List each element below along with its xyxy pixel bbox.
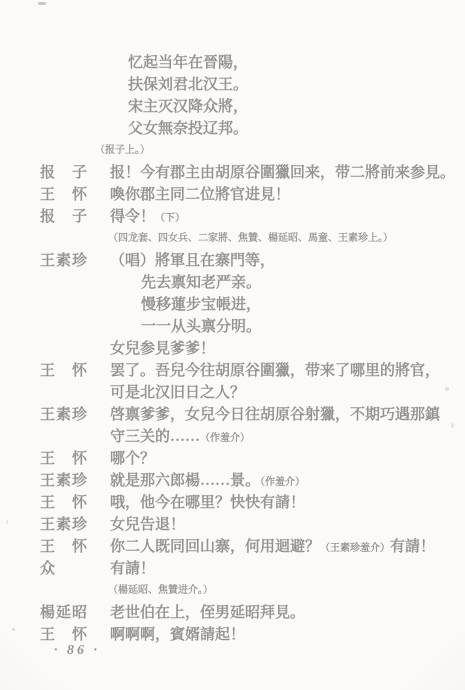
speaker-name: 王 怀 (40, 492, 88, 514)
text-run: 父女無奈投辽邦。 (128, 121, 248, 137)
text-run: 罢了。吾兒今往胡原谷圍獵，带来了哪里的將官， (110, 363, 440, 379)
text-run: 报！今有郡主由胡原谷圍獵回来，带二將前来参見。 (110, 165, 455, 181)
line-text: （唱）將軍且在寨門等， (110, 253, 275, 269)
script-line: 王 怀喚你郡主同二位將官进見！ (0, 184, 465, 206)
speaker-name: 王素珍 (40, 404, 88, 426)
speaker-name: 王 怀 (40, 360, 88, 382)
script-line: （楊延昭、焦贊进介。） (0, 580, 465, 602)
stage-note: （王素珍羞介） (320, 543, 390, 554)
line-text: 罢了。吾兒今往胡原谷圍獵，带来了哪里的將官， (110, 363, 440, 379)
line-text: 父女無奈投辽邦。 (128, 121, 248, 137)
script-line: 女兒参見爹爹！ (0, 338, 465, 360)
script-line: 可是北汉旧日之人？ (0, 382, 465, 404)
script-line: 忆起当年在晉陽， (0, 52, 465, 74)
line-text: 女兒参見爹爹！ (110, 341, 215, 357)
line-text: 报！今有郡主由胡原谷圍獵回来，带二將前来参見。 (110, 165, 455, 181)
speaker-name: 王素珍 (40, 250, 88, 272)
text-run: 守三关的…… (110, 429, 200, 445)
text-run: 哪个？ (110, 451, 155, 467)
page-number: · 86 · (54, 643, 100, 659)
line-text: （报子上。） (95, 145, 150, 156)
script-line: 扶保刘君北汉王。 (0, 74, 465, 96)
text-run: 可是北汉旧日之人？ (110, 385, 245, 401)
line-text: 你二人既同回山寨，何用迴避？（王素珍羞介）有請！ (110, 539, 435, 555)
stage-note: （下） (155, 213, 185, 224)
line-text: 得令！（下） (110, 209, 185, 225)
text-run: 忆起当年在晉陽， (128, 55, 248, 71)
line-text: 就是那六郎楊……景。（作羞介） (110, 473, 305, 489)
script-line: 报 子报！今有郡主由胡原谷圍獵回来，带二將前来参見。 (0, 162, 465, 184)
script-line: 王 怀哦，他今在哪里？快快有請！ (0, 492, 465, 514)
speaker-name: 王素珍 (40, 470, 88, 492)
text-run: 有請！ (110, 561, 155, 577)
speaker-name: 报 子 (40, 162, 88, 184)
text-run: 老世伯在上，侄男延昭拜見。 (110, 605, 305, 621)
script-line: 一一从头禀分明。 (0, 316, 465, 338)
line-text: 慢移蓮步宝帳进， (141, 297, 261, 313)
speaker-name: 王 怀 (40, 536, 88, 558)
line-text: 哪个？ (110, 451, 155, 467)
script-line: 慢移蓮步宝帳进， (0, 294, 465, 316)
scan-speck (12, 628, 15, 631)
line-text: 宋主灭汉降众將， (128, 99, 248, 115)
line-text: 先去禀知老严亲。 (141, 275, 261, 291)
script-line: 王素珍啓禀爹爹，女兒今日往胡原谷射獵，不期巧遇那鎮 (0, 404, 465, 426)
line-text: 哦，他今在哪里？快快有請！ (110, 495, 305, 511)
line-text: （四龙套、四女兵、二家將、焦贊、楊延昭、馬童、王素珍上。） (108, 233, 393, 244)
line-text: 可是北汉旧日之人？ (110, 385, 245, 401)
line-text: 扶保刘君北汉王。 (128, 77, 248, 93)
speaker-name: 楊延昭 (40, 602, 88, 624)
scan-speck (451, 423, 454, 428)
line-text: 啓禀爹爹，女兒今日往胡原谷射獵，不期巧遇那鎮 (110, 407, 440, 423)
script-line: 王 怀罢了。吾兒今往胡原谷圍獵，带来了哪里的將官， (0, 360, 465, 382)
text-run: 慢移蓮步宝帳进， (141, 297, 261, 313)
script-text-block: 忆起当年在晉陽，扶保刘君北汉王。宋主灭汉降众將，父女無奈投辽邦。（报子上。）报 … (0, 52, 465, 646)
stage-note: （作羞介） (200, 433, 250, 444)
script-line: 王 怀你二人既同回山寨，何用迴避？（王素珍羞介）有請！ (0, 536, 465, 558)
stage-note: （作羞介） (260, 477, 305, 488)
script-line: 先去禀知老严亲。 (0, 272, 465, 294)
script-line: 王素珍（唱）將軍且在寨門等， (0, 250, 465, 272)
line-text: 守三关的……（作羞介） (110, 429, 250, 445)
text-run: 啊啊啊，賓婿請起！ (110, 627, 245, 643)
speaker-name: 报 子 (40, 206, 88, 228)
text-run: （四龙套、四女兵、二家將、焦贊、楊延昭、馬童、王素珍上。） (108, 233, 393, 244)
line-text: 女兒告退！ (110, 517, 185, 533)
line-text: （楊延昭、焦贊进介。） (108, 585, 213, 596)
script-line: 报 子得令！（下） (0, 206, 465, 228)
speaker-name: 王素珍 (40, 514, 88, 536)
text-run: 宋主灭汉降众將， (128, 99, 248, 115)
script-line: 守三关的……（作羞介） (0, 426, 465, 448)
text-run: 啓禀爹爹，女兒今日往胡原谷射獵，不期巧遇那鎮 (110, 407, 440, 423)
text-run: （报子上。） (95, 145, 150, 156)
text-run: 你二人既同回山寨，何用迴避？ (110, 539, 320, 555)
line-text: 老世伯在上，侄男延昭拜見。 (110, 605, 305, 621)
script-line: 众有請！ (0, 558, 465, 580)
line-text: 喚你郡主同二位將官进見！ (110, 187, 290, 203)
speaker-name: 王 怀 (40, 448, 88, 470)
text-run: 有請！ (390, 539, 435, 555)
line-text: 忆起当年在晉陽， (128, 55, 248, 71)
text-run: 哦，他今在哪里？快快有請！ (110, 495, 305, 511)
script-line: 楊延昭老世伯在上，侄男延昭拜見。 (0, 602, 465, 624)
speaker-name: 王 怀 (40, 184, 88, 206)
line-text: 有請！ (110, 561, 155, 577)
scan-speck (38, 2, 46, 5)
text-run: 就是那六郎楊……景。 (110, 473, 260, 489)
text-run: 得令！ (110, 209, 155, 225)
text-run: （楊延昭、焦贊进介。） (108, 585, 213, 596)
line-text: 一一从头禀分明。 (141, 319, 261, 335)
script-line: （四龙套、四女兵、二家將、焦贊、楊延昭、馬童、王素珍上。） (0, 228, 465, 250)
book-page: 忆起当年在晉陽，扶保刘君北汉王。宋主灭汉降众將，父女無奈投辽邦。（报子上。）报 … (0, 0, 465, 690)
text-run: 喚你郡主同二位將官进見！ (110, 187, 290, 203)
script-line: 王素珍女兒告退！ (0, 514, 465, 536)
text-run: （唱）將軍且在寨門等， (110, 253, 275, 269)
script-line: 王素珍就是那六郎楊……景。（作羞介） (0, 470, 465, 492)
text-run: 先去禀知老严亲。 (141, 275, 261, 291)
text-run: 扶保刘君北汉王。 (128, 77, 248, 93)
text-run: 一一从头禀分明。 (141, 319, 261, 335)
script-line: 父女無奈投辽邦。 (0, 118, 465, 140)
text-run: 女兒告退！ (110, 517, 185, 533)
script-line: 王 怀哪个？ (0, 448, 465, 470)
scan-speck (445, 387, 449, 391)
script-line: 宋主灭汉降众將， (0, 96, 465, 118)
scan-speck (6, 520, 8, 524)
script-line: （报子上。） (0, 140, 465, 162)
text-run: 女兒参見爹爹！ (110, 341, 215, 357)
line-text: 啊啊啊，賓婿請起！ (110, 627, 245, 643)
speaker-name: 众 (40, 558, 56, 580)
